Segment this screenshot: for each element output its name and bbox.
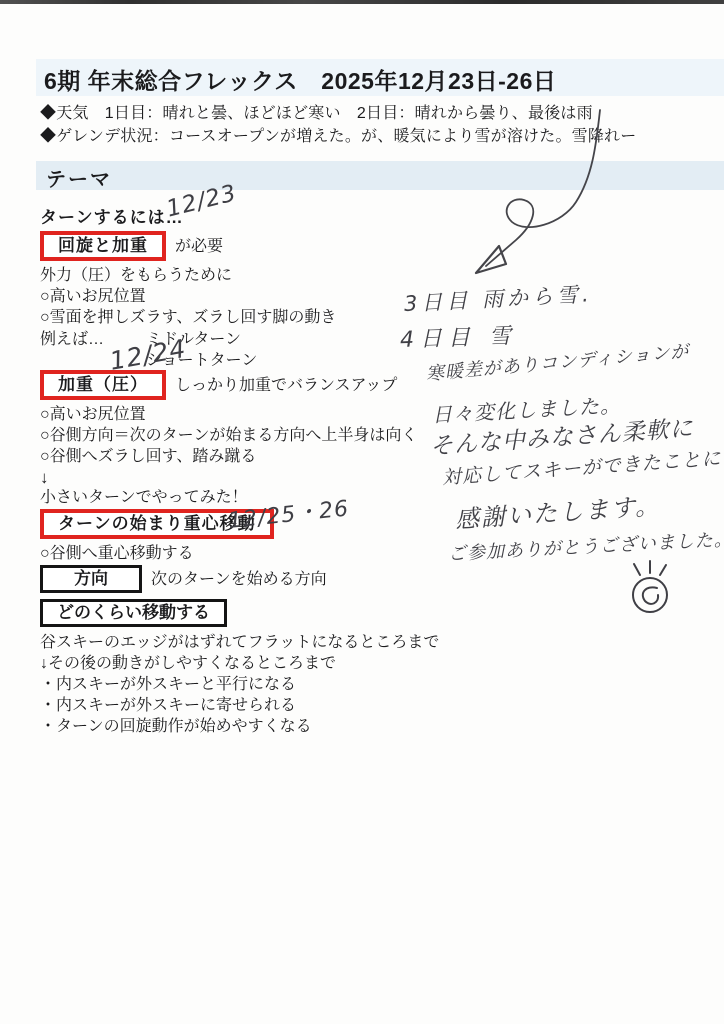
- box-suffix-text: しっかり加重でバランスアップ: [175, 375, 397, 396]
- page-title: 6期 年末総合フレックス 2025年12月23日-26日: [44, 63, 556, 96]
- body-line: ↓その後の動きがしやすくなるところまで: [40, 653, 500, 674]
- body-line: ○谷側へ重心移動する: [40, 543, 500, 564]
- bullet-line: ・内スキーが外スキーに寄せられる: [40, 695, 500, 716]
- theme-highlight-band: [36, 161, 724, 190]
- black-keyword-box: どのくらい移動する: [40, 599, 227, 627]
- section-howfar-boxrow: どのくらい移動する: [40, 598, 500, 628]
- box-suffix-text: 次のターンを始める方向: [151, 569, 327, 590]
- section-turn-intro: ターンするには…: [40, 207, 500, 230]
- down-arrow-glyph: ↓: [40, 467, 500, 487]
- handwritten-curved-arrow: [452, 102, 617, 287]
- section-how-far: どのくらい移動する 谷スキーのエッジがはずれてフラットになるところまで ↓その後…: [40, 597, 500, 737]
- direction-row: 方向 次のターンを始める方向: [40, 566, 500, 592]
- theme-heading: テーマ: [46, 163, 112, 192]
- smiley-face-doodle: [620, 558, 686, 620]
- handwritten-note-line: 4日目 雪: [399, 319, 517, 354]
- section-turn-boxrow: 回旋と加重 が必要: [40, 231, 500, 261]
- body-line: 外力（圧）をもらうために: [40, 265, 500, 286]
- scan-edge-artifact: [0, 0, 724, 4]
- red-keyword-box: 回旋と加重: [40, 231, 166, 261]
- bullet-line: ・ターンの回旋動作が始めやすくなる: [40, 716, 500, 737]
- red-keyword-box: 加重（圧）: [40, 370, 166, 400]
- bullet-line: ・内スキーが外スキーと平行になる: [40, 674, 500, 695]
- black-keyword-box: 方向: [40, 565, 142, 593]
- box-suffix-text: が必要: [175, 236, 223, 257]
- body-line: 谷スキーのエッジがはずれてフラットになるところまで: [40, 632, 500, 653]
